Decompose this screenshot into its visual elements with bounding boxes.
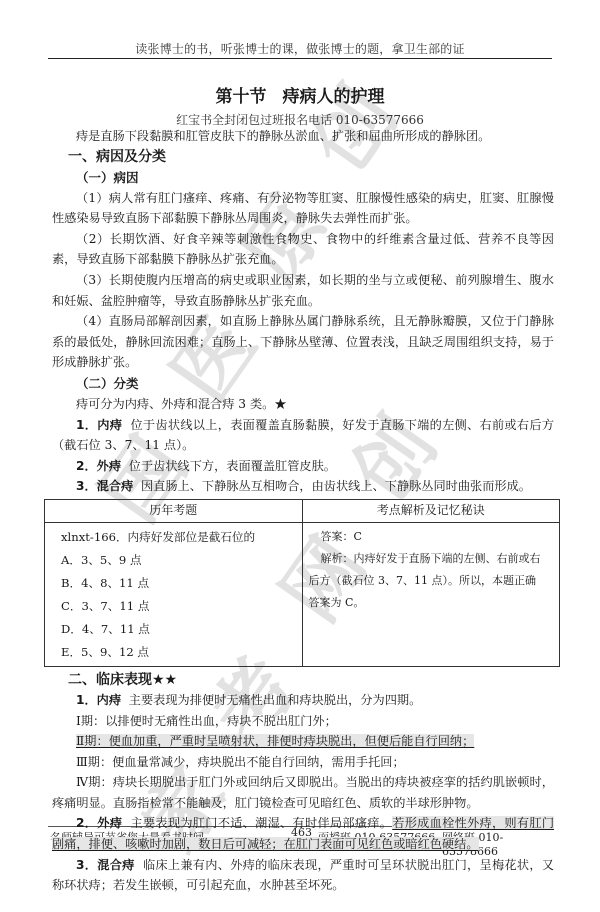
- heading-causes: （一）病因: [52, 167, 554, 188]
- answer-text: 答案：C: [309, 526, 546, 548]
- heading-causes-classification: 一、病因及分类: [52, 147, 554, 167]
- term-label: 1．内痔: [76, 418, 122, 432]
- term-text: 主要表现为排便时无痛性出血和痔块脱出，分为四期。: [129, 693, 422, 707]
- stage-4: Ⅳ期：痔块长期脱出于肛门外或回纳后又即脱出。当脱出的痔块被痉挛的括约肌嵌顿时，疼…: [52, 772, 554, 813]
- cause-item: （4）直肠局部解剖因素，如直肠上静脉丛属门静脉系统，且无静脉瓣膜，又位于门静脉系…: [52, 311, 554, 373]
- section-name: 痔病人的护理: [283, 87, 385, 107]
- term-label: 1．内痔: [76, 693, 121, 707]
- highlighted-text: Ⅱ期：便血加重，严重时呈喷射状，排便时痔块脱出，但便后能自行回纳；: [76, 734, 474, 748]
- term-label: 3．混合痔: [76, 479, 133, 493]
- term-text: 位于齿状线下方，表面覆盖肛管皮肤。: [129, 459, 336, 473]
- option-b: B．4、8、11 点: [61, 572, 288, 595]
- main-content: 痔是直肠下段黏膜和肛管皮肤下的静脉丛淤血、扩张和屈曲所形成的静脉团。 一、病因及…: [52, 126, 554, 896]
- exam-question-table: 历年考题 考点解析及记忆秘诀 xlnxt-166．内痔好发部位是截石位的 A．3…: [44, 499, 560, 667]
- classification-internal: 1．内痔 位于齿状线以上，表面覆盖直肠黏膜，好发于直肠下端的左侧、右前或右后方（…: [52, 415, 554, 456]
- stage-3: Ⅲ期：便血量常减少，痔块脱出不能自行回纳，需用手托回；: [52, 752, 554, 773]
- document-page: 创 原 医 国 创 网 考 家 读张博士的书，听张博士的课，做张博士的题，拿卫生…: [0, 0, 600, 912]
- mixed-hemorrhoid: 3．混合痔 临床上兼有内、外痔的临床表现，严重时可呈环状脱出肛门，呈梅花状，又称…: [52, 855, 554, 896]
- intro-paragraph: 痔是直肠下段黏膜和肛管皮肤下的静脉丛淤血、扩张和屈曲所形成的静脉团。: [52, 126, 554, 147]
- heading-classification: （二）分类: [52, 373, 554, 394]
- term-text: 因直肠上、下静脉丛互相吻合，由齿状线上、下静脉丛同时曲张而形成。: [141, 479, 531, 493]
- explanation-text: 解析：内痔好发于直肠下端的左侧、右前或右后方（截石位 3、7、11 点）。所以，…: [309, 548, 546, 614]
- section-number: 第十节: [216, 87, 267, 107]
- external-hemorrhoid: 2．外痔 主要表现为肛门不适、潮湿、有时伴局部瘙痒。若形成血栓性外痔，则有肛门剧…: [52, 813, 554, 854]
- classification-intro: 痔可分为内痔、外痔和混合痔 3 类。★: [52, 394, 554, 415]
- term-label: 3．混合痔: [76, 858, 135, 872]
- table-header-questions: 历年考题: [45, 499, 303, 522]
- analysis-cell: 答案：C 解析：内痔好发于直肠下端的左侧、右前或右后方（截石位 3、7、11 点…: [302, 522, 560, 666]
- term-label: 2．外痔: [76, 816, 122, 830]
- heading-clinical: 二、临床表现★★: [52, 670, 554, 690]
- classification-mixed: 3．混合痔 因直肠上、下静脉丛互相吻合，由齿状线上、下静脉丛同时曲张而形成。: [52, 476, 554, 497]
- cause-item: （3）长期使腹内压增高的病史或职业因素，如长期的坐与立或便秘、前列腺增生、腹水和…: [52, 270, 554, 311]
- table-header-analysis: 考点解析及记忆秘诀: [302, 499, 560, 522]
- term-text: 位于齿状线以上，表面覆盖直肠黏膜，好发于直肠下端的左侧、右前或右后方（截石位 3…: [52, 418, 554, 453]
- classification-external: 2．外痔 位于齿状线下方，表面覆盖肛管皮肤。: [52, 456, 554, 477]
- cause-item: （1）病人常有肛门瘙痒、疼痛、有分泌物等肛窦、肛腺慢性感染的病史，肛窦、肛腺慢性…: [52, 188, 554, 229]
- option-d: D．4、7、11 点: [61, 618, 288, 641]
- option-e: E．5、9、12 点: [61, 641, 288, 664]
- page-title: 第十节痔病人的护理: [0, 82, 600, 107]
- option-c: C．3、7、11 点: [61, 595, 288, 618]
- question-cell: xlnxt-166．内痔好发部位是截石位的 A．3、5、9 点 B．4、8、11…: [45, 522, 303, 666]
- running-header: 读张博士的书，听张博士的课，做张博士的题，拿卫生部的证: [48, 40, 552, 57]
- cause-item: （2）长期饮酒、好食辛辣等刺激性食物史、食物中的纤维素含量过低、营养不良等因素，…: [52, 229, 554, 270]
- stage-1: Ⅰ期：以排便时无痛性出血，痔块不脱出肛门外；: [52, 711, 554, 732]
- stage-2: Ⅱ期：便血加重，严重时呈喷射状，排便时痔块脱出，但便后能自行回纳；: [52, 731, 554, 752]
- header-rule: [48, 58, 552, 59]
- term-label: 2．外痔: [76, 459, 121, 473]
- term-text: 主要表现为肛门不适、潮湿、有时伴局部瘙痒。: [130, 816, 392, 830]
- option-a: A．3、5、9 点: [61, 549, 288, 572]
- internal-hemorrhoid: 1．内痔 主要表现为排便时无痛性出血和痔块脱出，分为四期。: [52, 690, 554, 711]
- question-text: xlnxt-166．内痔好发部位是截石位的: [61, 526, 288, 549]
